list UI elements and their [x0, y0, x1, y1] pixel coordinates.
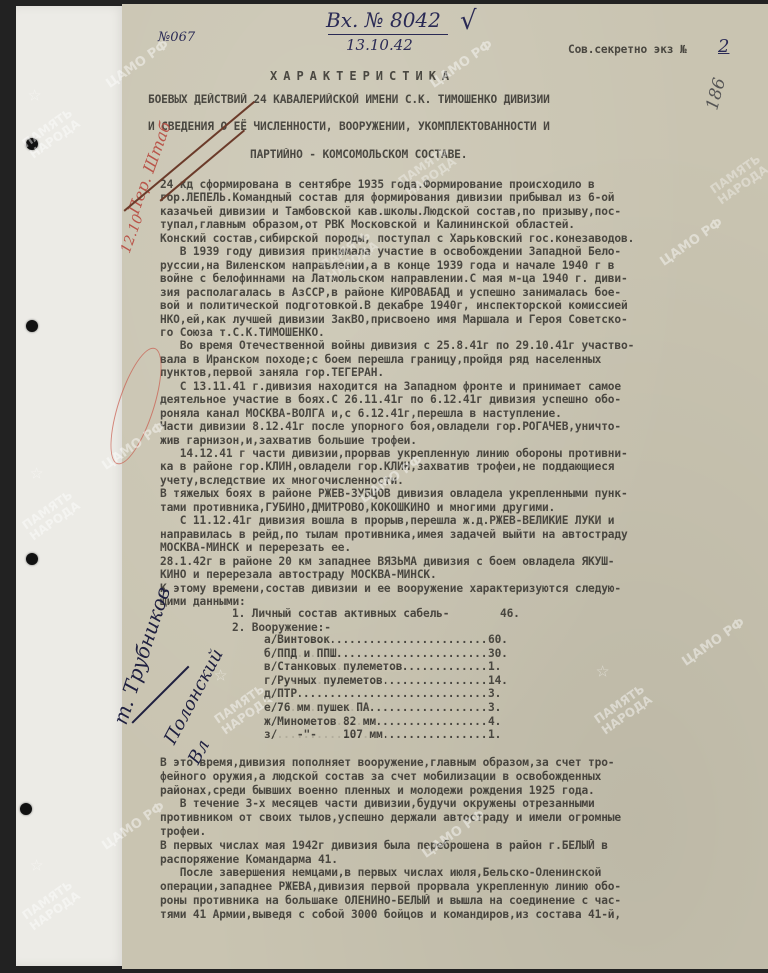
weapon-label: з/ -"- 107 мм [264, 729, 385, 740]
title-line-2: И СВЕДЕНИЯ О ЕЁ ЧИСЛЕННОСТИ, ВООРУЖЕНИИ,… [148, 121, 550, 132]
weapon-label: е/76 мм пушек ПА [264, 702, 371, 713]
text-line: В течение 3-х месяцев части дивизии,буду… [160, 798, 595, 809]
text-line: КИНО и перерезала автостраду МОСКВА-МИНС… [160, 569, 437, 580]
weapon-count: 60. [488, 634, 508, 645]
weapon-count: 14. [488, 675, 508, 686]
weapon-label: ж/Минометов 82 мм [264, 716, 378, 727]
weapon-count: 1. [488, 661, 501, 672]
copy-number: 2 [718, 36, 729, 57]
text-line: учету,вследствие их многочисленности. [160, 475, 404, 486]
text-line: руссии,на Виленском направлении,а в конц… [160, 260, 614, 271]
text-line: Части дивизии 8.12.41г после упорного бо… [160, 421, 621, 432]
text-line: НКО,ей,как лучшей дивизии ЗакВО,присвоен… [160, 314, 628, 325]
armament-label: 2. Вооружение:- [232, 622, 331, 633]
text-line: 28.1.42г в районе 20 км западнее ВЯЗЬМА … [160, 556, 614, 567]
text-line: ка в районе гор.КЛИН,овладели гор.КЛИН,з… [160, 461, 614, 472]
stamp-date: 13.10.42 [346, 36, 413, 54]
weapon-count: 3. [488, 688, 501, 699]
weapon-label: д/ПТР [264, 688, 299, 699]
text-line: го Союза т.С.К.ТИМОШЕНКО. [160, 327, 325, 338]
text-line: фейного оружия,а людской состав за счет … [160, 771, 601, 782]
text-line: После завершения немцами,в первых числах… [160, 867, 601, 878]
text-line: 14.12.41 г части дивизии,прорвав укрепле… [160, 448, 628, 459]
text-line: казачьей дивизии и Тамбовской кав.школы.… [160, 206, 621, 217]
text-line: роняла канал МОСКВА-ВОЛГА и,с 6.12.41г,п… [160, 408, 562, 419]
text-line: тами противника,ГУБИНО,ДМИТРОВО,КОКОШКИН… [160, 502, 555, 513]
text-line: С 13.11.41 г.дивизия находится на Западн… [160, 381, 621, 392]
text-line: направилась в рейд,по тылам противника,и… [160, 529, 628, 540]
star-icon: ☆ [30, 852, 43, 877]
text-line: роны противника на большаке ОЛЕНИНО-БЕЛЫ… [160, 895, 621, 906]
text-line: противником от своих тылов,успешно держа… [160, 812, 621, 823]
star-icon: ☆ [28, 82, 41, 107]
personnel-value: 46. [500, 608, 520, 619]
text-line: жив гарнизон,и,захватив большие трофеи. [160, 435, 417, 446]
weapon-label: б/ППД и ППШ [264, 648, 338, 659]
punch-hole [26, 320, 38, 332]
star-icon: ☆ [214, 662, 227, 687]
punch-hole [20, 803, 32, 815]
text-line: пунктов,первой заняла гор.ТЕГЕРАН. [160, 367, 384, 378]
text-line: войне с белофиннами на Латмольском напра… [160, 273, 628, 284]
text-line: К этому времени,состав дивизии и ее воор… [160, 583, 621, 594]
weapon-count: 4. [488, 716, 501, 727]
classification-label: Сов.секретно экз № [568, 44, 687, 55]
stamp-underline [328, 34, 448, 35]
punch-hole [26, 553, 38, 565]
text-line: трофеи. [160, 826, 206, 837]
text-line: В тяжелых боях в районе РЖЕВ-ЗУБЦОВ диви… [160, 488, 628, 499]
weapon-count: 1. [488, 729, 501, 740]
text-line: вой и политической подготовкой.В декабре… [160, 300, 628, 311]
text-line: Во время Отечественной войны дивизия с 2… [160, 340, 634, 351]
star-icon: ☆ [596, 658, 609, 683]
text-line: вала в Иранском походе;с боем перешла гр… [160, 354, 601, 365]
weapon-label: г/Ручных пулеметов [264, 675, 385, 686]
text-line: МОСКВА-МИНСК и перерезать ее. [160, 542, 351, 553]
text-line: распоряжение Командарма 41. [160, 854, 338, 865]
text-line: районах,среди бывших военно пленных и мо… [160, 785, 595, 796]
text-line: гор.ЛЕПЕЛЬ.Командный состав для формиров… [160, 192, 614, 203]
leader-dots: ........................................… [270, 688, 488, 699]
text-line: В 1939 году дивизия принимала участие в … [160, 246, 621, 257]
text-line: В первых числах мая 1942г дивизия была п… [160, 840, 608, 851]
star-icon: ☆ [30, 460, 43, 485]
weapon-label: в/Станковых пулеметов [264, 661, 404, 672]
check-mark: √ [460, 6, 477, 36]
text-line: операции,западнее РЖЕВА,дивизия первой п… [160, 881, 621, 892]
weapon-count: 30. [488, 648, 508, 659]
text-line: С 11.12.41г дивизия вошла в прорыв,переш… [160, 515, 614, 526]
title-line-1: БОЕВЫХ ДЕЙСТВИЙ 24 КАВАЛЕРИЙСКОЙ ИМЕНИ С… [148, 94, 550, 105]
text-line: деятельное участие в боях.С 26.11.41г по… [160, 394, 621, 405]
text-line: тями 41 Армии,выведя с собой 3000 бойцов… [160, 909, 621, 920]
weapon-count: 3. [488, 702, 501, 713]
text-line: В это время,дивизия пополняет вооружение… [160, 757, 614, 768]
text-line: зия располагалась в АзССР,в районе КИРОВ… [160, 287, 621, 298]
text-line: Конский состав,сибирской породы, поступа… [160, 233, 634, 244]
weapon-label: а/Винтовок [264, 634, 332, 645]
personnel-label: 1. Личный состав активных сабель- [232, 608, 449, 619]
text-line: 24 кд сформирована в сентябре 1935 года.… [160, 179, 595, 190]
incoming-stamp: Вх. № 8042 [326, 8, 441, 32]
text-line: тупал,главным образом,от РВК Московской … [160, 219, 575, 230]
